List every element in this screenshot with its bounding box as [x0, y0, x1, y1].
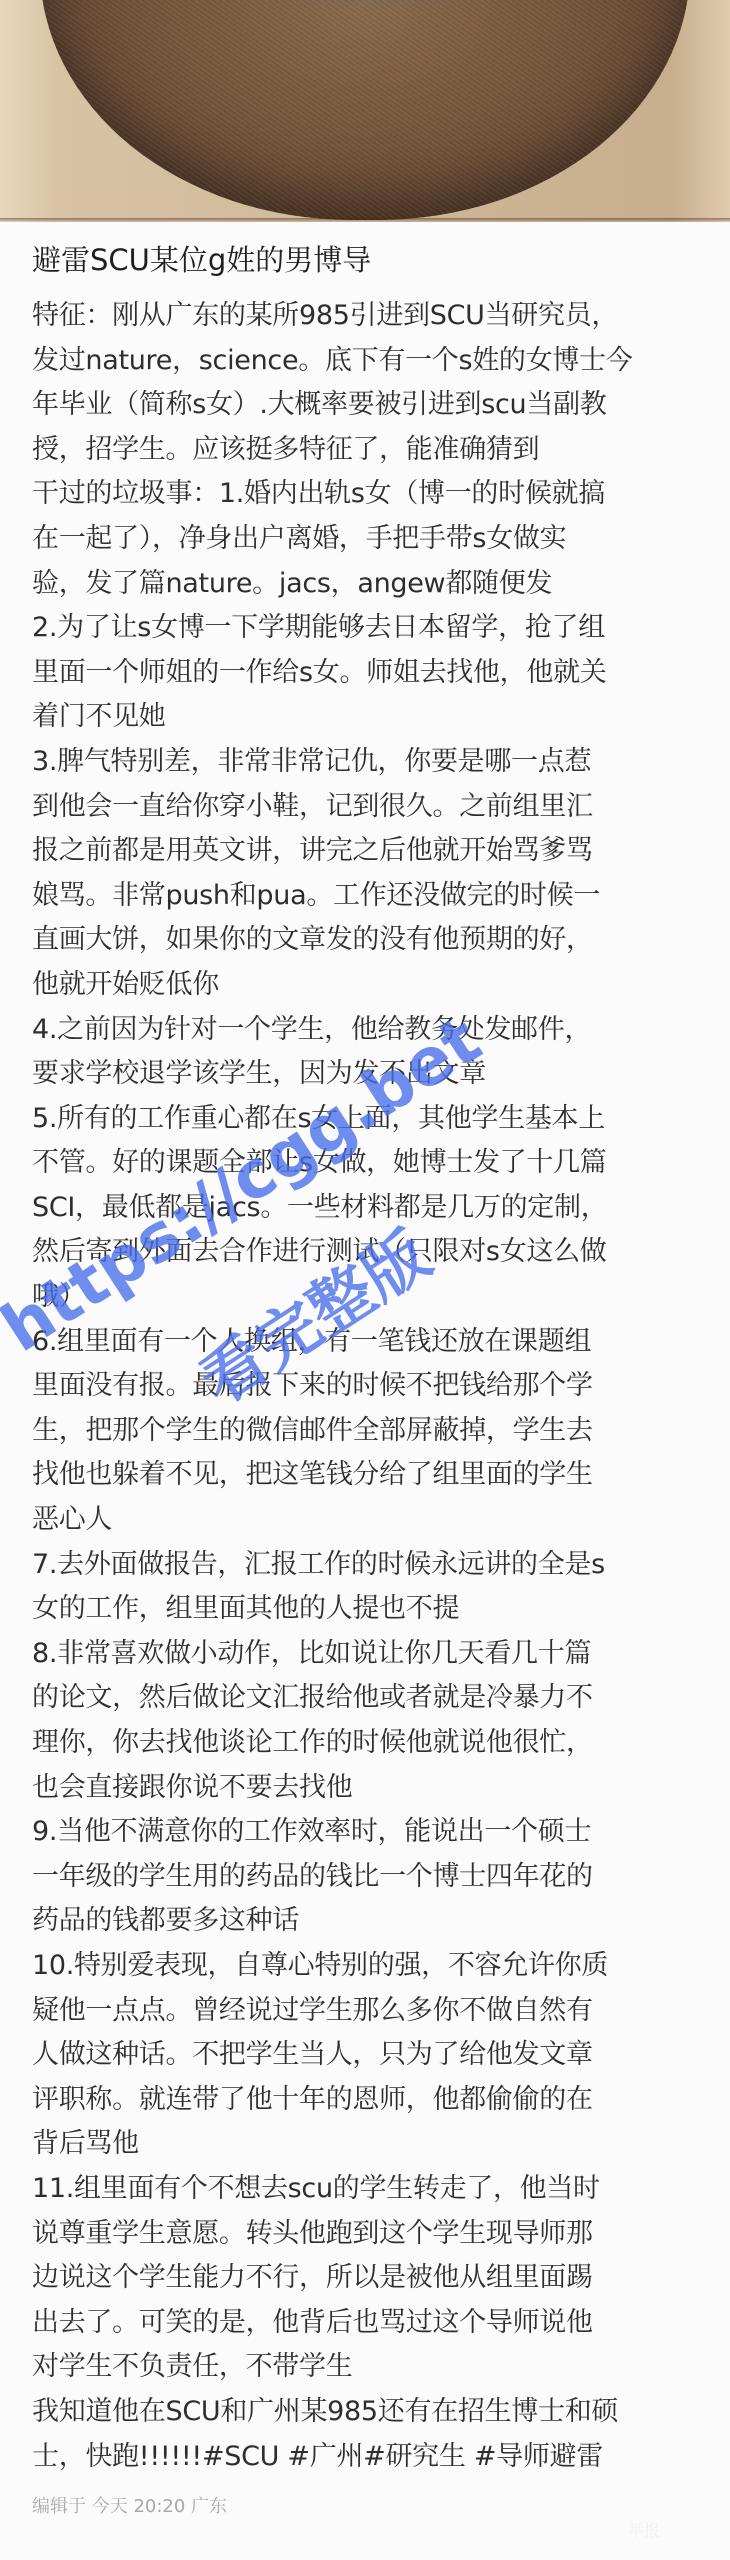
body-line: 的论文，然后做论文汇报给他或者就是冷暴力不: [32, 1676, 702, 1721]
body-line: 不管。好的课题全部让s女做，她博士发了十几篇: [32, 1141, 702, 1186]
body-line: 里面没有报。最后报下来的时候不把钱给那个学: [32, 1364, 702, 1409]
body-line: 4.之前因为针对一个学生，他给教务处发邮件，: [32, 1008, 702, 1053]
body-line: 背后骂他: [32, 2122, 702, 2167]
body-line: 一年级的学生用的药品的钱比一个博士四年花的: [32, 1855, 702, 1900]
post-title: 避雷SCU某位g姓的男博导: [32, 238, 702, 282]
body-line: 我知道他在SCU和广州某985还有在招生博士和硕: [32, 2390, 702, 2435]
body-line: 也会直接跟你说不要去找他: [32, 1766, 702, 1811]
body-line: 说尊重学生意愿。转头他跑到这个学生现导师那: [32, 2212, 702, 2257]
body-line: 然后寄到外面去合作进行测试（只限对s女这么做: [32, 1230, 702, 1275]
body-line: 着门不见她: [32, 695, 702, 740]
body-line: 8.非常喜欢做小动作，比如说让你几天看几十篇: [32, 1632, 702, 1677]
body-line: 9.当他不满意你的工作效率时，能说出一个硕士: [32, 1810, 702, 1855]
body-line: 边说这个学生能力不行，所以是被他从组里面踢: [32, 2256, 702, 2301]
body-line: 药品的钱都要多这种话: [32, 1899, 702, 1944]
bowl-image: [40, 0, 690, 220]
body-line: 到他会一直给你穿小鞋，记到很久。之前组里汇: [32, 785, 702, 830]
body-line: 生，把那个学生的微信邮件全部屏蔽掉，学生去: [32, 1409, 702, 1454]
post-content: 避雷SCU某位g姓的男博导 特征：刚从广东的某所985引进到SCU当研究员，发过…: [32, 238, 702, 2479]
body-line: 干过的垃圾事：1.婚内出轨s女（博一的时候就搞: [32, 472, 702, 517]
edited-timestamp: 编辑于 今天 20:20 广东: [32, 2492, 227, 2518]
body-line: 哦）: [32, 1275, 702, 1320]
post-body: 特征：刚从广东的某所985引进到SCU当研究员，发过nature，science…: [32, 294, 702, 2479]
body-line: 特征：刚从广东的某所985引进到SCU当研究员，: [32, 294, 702, 339]
body-line: 评职称。就连带了他十年的恩师，他都偷偷的在: [32, 2078, 702, 2123]
body-line: 年毕业（简称s女）.大概率要被引进到scu当副教: [32, 383, 702, 428]
body-line: 找他也躲着不见，把这笔钱分给了组里面的学生: [32, 1453, 702, 1498]
body-line: 直画大饼，如果你的文章发的没有他预期的好，: [32, 918, 702, 963]
body-line: 验，发了篇nature。jacs，angew都随便发: [32, 562, 702, 607]
body-line: SCI，最低都是jacs。一些材料都是几万的定制，: [32, 1186, 702, 1231]
body-line: 2.为了让s女博一下学期能够去日本留学，抢了组: [32, 606, 702, 651]
body-line: 10.特别爱表现，自尊心特别的强，不容允许你质: [32, 1944, 702, 1989]
body-line: 报之前都是用英文讲，讲完之后他就开始骂爹骂: [32, 829, 702, 874]
body-line: 对学生不负责任，不带学生: [32, 2345, 702, 2390]
cover-edge-shadow: [0, 218, 730, 222]
body-line: 6.组里面有一个人换组，有一笔钱还放在课题组: [32, 1320, 702, 1365]
body-line: 理你，你去找他谈论工作的时候他就说他很忙，: [32, 1721, 702, 1766]
body-line: 疑他一点点。曾经说过学生那么多你不做自然有: [32, 1989, 702, 2034]
body-line: 他就开始贬低你: [32, 963, 702, 1008]
body-line: 发过nature，science。底下有一个s姓的女博士今: [32, 339, 702, 384]
cover-photo: [0, 0, 730, 222]
body-line: 11.组里面有个不想去scu的学生转走了，他当时: [32, 2167, 702, 2212]
report-link[interactable]: 举报: [628, 2518, 660, 2541]
body-line: 士，快跑!!!!!!#SCU #广州#研究生 #导师避雷: [32, 2435, 702, 2480]
body-line: 要求学校退学该学生，因为发不出文章: [32, 1052, 702, 1097]
body-line: 出去了。可笑的是，他背后也骂过这个导师说他: [32, 2301, 702, 2346]
body-line: 娘骂。非常push和pua。工作还没做完的时候一: [32, 874, 702, 919]
body-line: 5.所有的工作重心都在s女上面，其他学生基本上: [32, 1097, 702, 1142]
body-line: 女的工作，组里面其他的人提也不提: [32, 1587, 702, 1632]
body-line: 在一起了），净身出户离婚，手把手带s女做实: [32, 517, 702, 562]
body-line: 3.脾气特别差，非常非常记仇，你要是哪一点惹: [32, 740, 702, 785]
body-line: 里面一个师姐的一作给s女。师姐去找他，他就关: [32, 651, 702, 696]
body-line: 恶心人: [32, 1498, 702, 1543]
body-line: 人做这种话。不把学生当人，只为了给他发文章: [32, 2033, 702, 2078]
body-line: 7.去外面做报告，汇报工作的时候永远讲的全是s: [32, 1543, 702, 1588]
body-line: 授，招学生。应该挺多特征了，能准确猜到: [32, 428, 702, 473]
